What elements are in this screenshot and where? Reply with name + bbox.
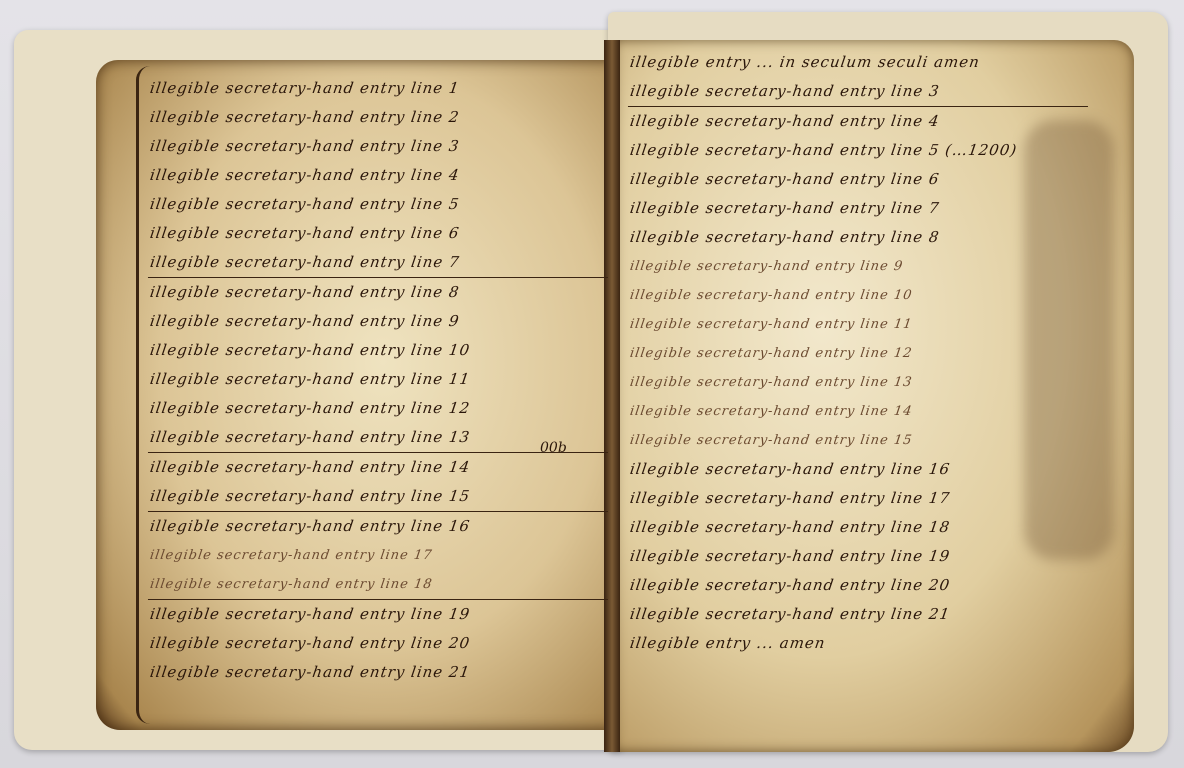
manuscript-line: illegible secretary-hand entry line 14 <box>148 453 612 482</box>
manuscript-line: illegible secretary-hand entry line 12 <box>628 339 1092 368</box>
manuscript-line: illegible secretary-hand entry line 3 <box>628 77 1092 107</box>
manuscript-line: illegible secretary-hand entry line 16 <box>628 455 1092 484</box>
manuscript-line: illegible secretary-hand entry line 1 <box>148 74 612 103</box>
manuscript-line: illegible secretary-hand entry line 10 <box>148 336 612 365</box>
manuscript-line: illegible secretary-hand entry line 7 <box>628 194 1092 223</box>
manuscript-line: illegible secretary-hand entry line 11 <box>148 365 612 394</box>
manuscript-line: illegible secretary-hand entry line 17 <box>148 541 612 570</box>
manuscript-line: illegible secretary-hand entry line 20 <box>628 571 1092 600</box>
manuscript-line: illegible secretary-hand entry line 10 <box>628 281 1092 310</box>
manuscript-line: illegible secretary-hand entry line 8 <box>148 278 612 307</box>
manuscript-line: illegible secretary-hand entry line 21 <box>628 600 1092 629</box>
manuscript-line: illegible secretary-hand entry line 18 <box>628 513 1092 542</box>
right-page-text: illegible entry ... in seculum seculi am… <box>630 48 1090 658</box>
manuscript-line: illegible secretary-hand entry line 17 <box>628 484 1092 513</box>
manuscript-line: illegible secretary-hand entry line 3 <box>148 132 612 161</box>
manuscript-line: illegible secretary-hand entry line 19 <box>628 542 1092 571</box>
manuscript-line: illegible secretary-hand entry line 8 <box>628 223 1092 252</box>
marginal-mark: 00b <box>540 440 567 456</box>
manuscript-line: illegible secretary-hand entry line 6 <box>148 219 612 248</box>
manuscript-line: illegible secretary-hand entry line 2 <box>148 103 612 132</box>
manuscript-line: illegible entry ... in seculum seculi am… <box>628 48 1092 77</box>
manuscript-line: illegible secretary-hand entry line 4 <box>148 161 612 190</box>
manuscript-line: illegible secretary-hand entry line 5 <box>148 190 612 219</box>
manuscript-line: illegible secretary-hand entry line 18 <box>148 570 612 600</box>
manuscript-line: illegible secretary-hand entry line 12 <box>148 394 612 423</box>
manuscript-line: illegible secretary-hand entry line 5 (…… <box>628 136 1092 165</box>
manuscript-line: illegible secretary-hand entry line 9 <box>628 252 1092 281</box>
manuscript-line: illegible secretary-hand entry line 16 <box>148 512 612 541</box>
manuscript-line: illegible entry ... amen <box>628 629 1092 658</box>
manuscript-line: illegible secretary-hand entry line 19 <box>148 600 612 629</box>
manuscript-line: illegible secretary-hand entry line 14 <box>628 397 1092 426</box>
manuscript-line: illegible secretary-hand entry line 7 <box>148 248 612 278</box>
manuscript-line: illegible secretary-hand entry line 15 <box>148 482 612 512</box>
manuscript-line: illegible secretary-hand entry line 9 <box>148 307 612 336</box>
manuscript-line: illegible secretary-hand entry line 13 <box>628 368 1092 397</box>
left-page-text: illegible secretary-hand entry line 1 il… <box>150 74 610 687</box>
manuscript-line: illegible secretary-hand entry line 6 <box>628 165 1092 194</box>
manuscript-line: illegible secretary-hand entry line 15 <box>628 426 1092 455</box>
manuscript-line: illegible secretary-hand entry line 20 <box>148 629 612 658</box>
manuscript-line: illegible secretary-hand entry line 11 <box>628 310 1092 339</box>
manuscript-line: illegible secretary-hand entry line 4 <box>628 107 1092 136</box>
manuscript-line: illegible secretary-hand entry line 21 <box>148 658 612 687</box>
